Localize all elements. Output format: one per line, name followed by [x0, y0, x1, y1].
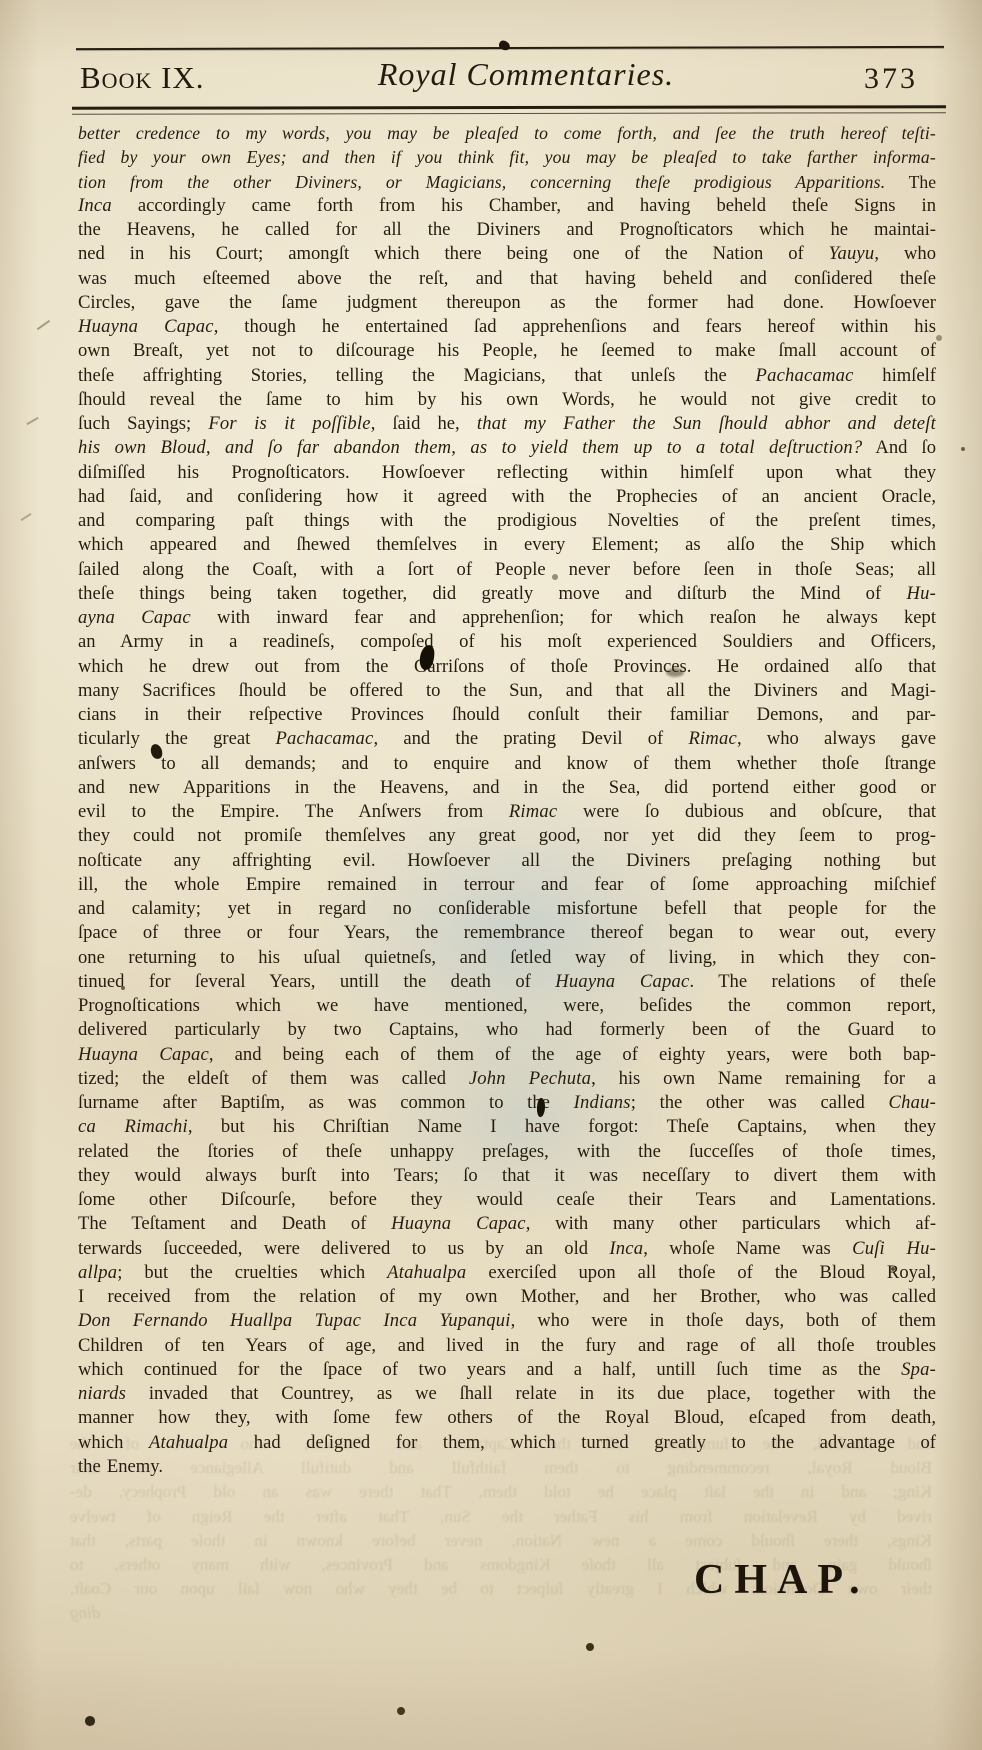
text-line: manner how they, with ſome few others of…	[78, 1406, 936, 1430]
text-line: Inca accordingly came forth from his Cha…	[78, 194, 936, 218]
text-line: niards invaded that Countrey, as we ſhal…	[78, 1382, 936, 1406]
bleedthrough-line: King; and in the laſt place he told them…	[70, 1480, 932, 1504]
page-number: 373	[864, 62, 918, 96]
text-line: his own Bloud, and ſo far abandon them, …	[78, 436, 936, 460]
ink-specks	[0, 0, 4, 4]
text-line: related the ſtories of theſe unhappy pre…	[78, 1140, 936, 1164]
text-line: ſurname after Baptiſm, as was common to …	[78, 1091, 936, 1115]
text-line: ca Rimachi, but his Chriſtian Name I hav…	[78, 1115, 936, 1139]
text-line: ſhould reveal the ſame to him by his own…	[78, 388, 936, 412]
text-line: own Breaſt, yet not to diſcourage his Pe…	[78, 339, 936, 363]
text-line: tinued for ſeveral Years, untill the dea…	[78, 970, 936, 994]
text-line: ſome other Diſcourſe, before they would …	[78, 1188, 936, 1212]
text-line: was much eſteemed above the reſt, and th…	[78, 267, 936, 291]
text-line: fied by your own Eyes; and then if you t…	[78, 145, 936, 169]
margin-mark	[37, 320, 50, 330]
text-line: many Sacrifices ſhould be offered to the…	[78, 679, 936, 703]
ink-smudge	[666, 668, 684, 677]
text-line: ayna Capac with inward fear and apprehen…	[78, 606, 936, 630]
text-line: anſwers to all demands; and to enquire a…	[78, 752, 936, 776]
text-line: The Teſtament and Death of Huayna Capac,…	[78, 1212, 936, 1236]
bleedthrough-line: Kings, there ſhould come a new Nation, n…	[70, 1529, 932, 1553]
text-line: noſticate any affrighting evil. Howſoeve…	[78, 849, 936, 873]
text-line: tion from the other Diviners, or Magicia…	[78, 170, 936, 194]
top-rule	[76, 46, 944, 50]
text-line: they could not promiſe themſelves any gr…	[78, 824, 936, 848]
text-line: which Atahualpa had deſigned for them, w…	[78, 1431, 936, 1455]
text-line: Don Fernando Huallpa Tupac Inca Yupanqui…	[78, 1309, 936, 1333]
text-line: the Heavens, he called for all the Divin…	[78, 218, 936, 242]
text-line: they would always burſt into Tears; ſo t…	[78, 1164, 936, 1188]
text-line: theſe affrighting Stories, telling the M…	[78, 364, 936, 388]
text-line: ned in his Court; amongſt which there be…	[78, 242, 936, 266]
text-line: and new Apparitions in the Heavens, and …	[78, 776, 936, 800]
page-title: Royal Commentaries.	[76, 56, 942, 93]
text-line: Huayna Capac, though he entertained ſad …	[78, 315, 936, 339]
bleedthrough-line: rived by Revelation from his Father the …	[70, 1505, 932, 1529]
margin-mark	[20, 513, 31, 521]
rule-ornament	[498, 39, 511, 51]
header-rule-thin	[72, 112, 946, 115]
text-line: Circles, gave the ſame judgment thereupo…	[78, 291, 936, 315]
text-line: ill, the whole Empire remained in terrou…	[78, 873, 936, 897]
text-line: and calamity; yet in regard no conſidera…	[78, 897, 936, 921]
text-line: ſuch Sayings; For is it poſſible, ſaid h…	[78, 412, 936, 436]
text-line: allpa; but the cruelties which Atahualpa…	[78, 1261, 936, 1285]
text-line: Children of ten Years of age, and lived …	[78, 1334, 936, 1358]
text-line: terwards ſucceeded, were delivered to us…	[78, 1237, 936, 1261]
text-line: tized; the eldeſt of them was called Joh…	[78, 1067, 936, 1091]
text-line: had ſaid, and conſidering how it agreed …	[78, 485, 936, 509]
running-header: Book IX. Royal Commentaries. 373	[76, 54, 942, 104]
text-line: which continued for the ſpace of two yea…	[78, 1358, 936, 1382]
text-line: Huayna Capac, and being each of them of …	[78, 1043, 936, 1067]
text-line: one returning to his uſual quietneſs, an…	[78, 946, 936, 970]
text-line: better credence to my words, you may be …	[78, 121, 936, 145]
text-line: an Army in a readineſs, compoſed of his …	[78, 630, 936, 654]
text-line: theſe things being taken together, did g…	[78, 582, 936, 606]
text-line: the Enemy.	[78, 1455, 936, 1479]
text-line: which appeared and ſhewed themſelves in …	[78, 533, 936, 557]
text-line: cians in their reſpective Provinces ſhou…	[78, 703, 936, 727]
text-line: ſpace of three or four Years, the rememb…	[78, 921, 936, 945]
bleedthrough-line: ding	[70, 1601, 932, 1625]
text-line: ticularly the great Pachacamac, and the …	[78, 727, 936, 751]
text-line: which he drew out from the Garriſons of …	[78, 655, 936, 679]
margin-mark	[26, 417, 38, 425]
text-line: diſmiſſed his Prognoſticators. Howſoever…	[78, 461, 936, 485]
text-line: Prognoſtications which we have mentioned…	[78, 994, 936, 1018]
text-line: delivered particularly by two Captains, …	[78, 1018, 936, 1042]
text-line: and comparing paſt things with the prodi…	[78, 509, 936, 533]
text-line: ſailed along the Coaſt, with a ſort of P…	[78, 558, 936, 582]
header-rule-thick	[72, 105, 946, 110]
text-line: evil to the Empire. The Anſwers from Rim…	[78, 800, 936, 824]
text-line: I received from the relation of my own M…	[78, 1285, 936, 1309]
chap-heading: CHAP.	[694, 1556, 870, 1604]
book-page: and Kindred, he ſummoned all the Captain…	[0, 0, 982, 1750]
body-text: better credence to my words, you may be …	[78, 121, 936, 1479]
